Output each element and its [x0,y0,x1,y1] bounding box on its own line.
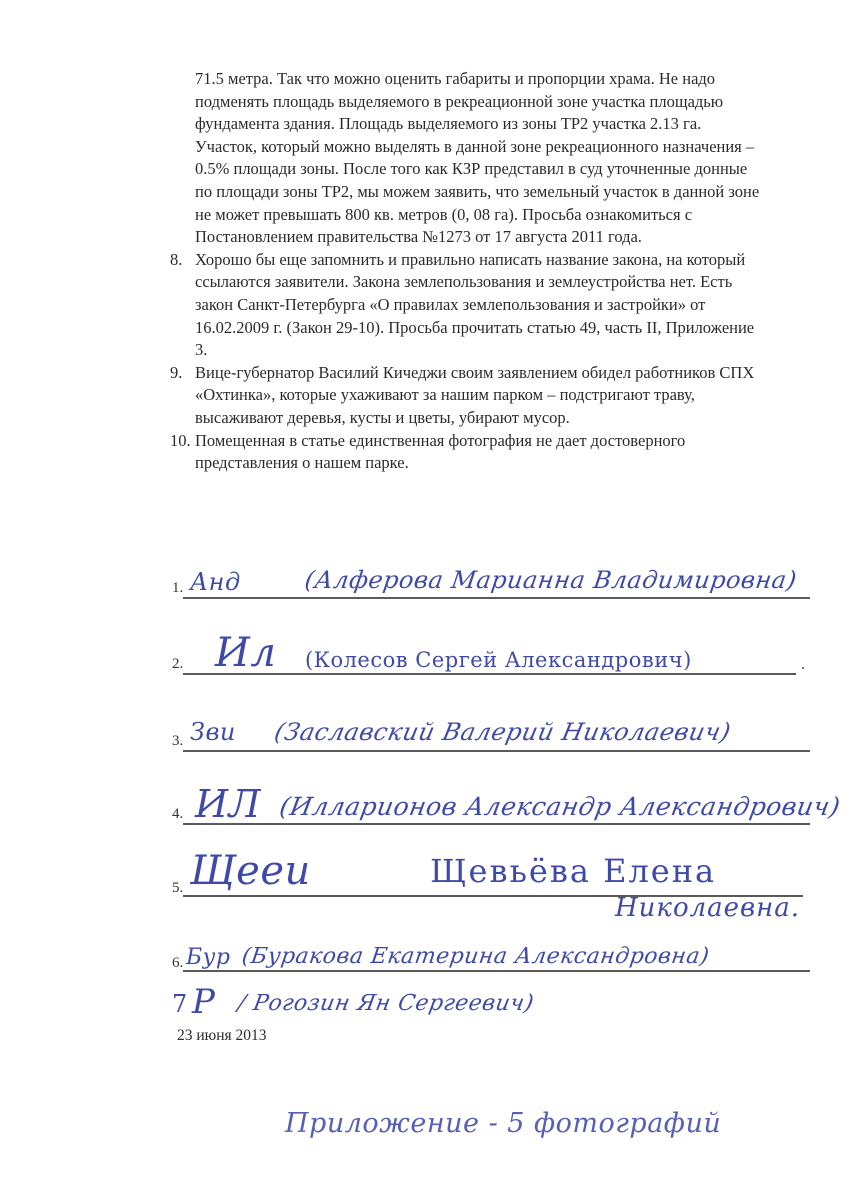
handwritten-signature: Р [192,982,215,1022]
text-line: Участок, который можно выделять в данной… [195,136,820,159]
text-line: фундамента здания. Площадь выделяемого и… [195,113,820,136]
signature-number: 1. [172,580,183,597]
text-line: по площади зоны ТР2, мы можем заявить, ч… [195,181,820,204]
text-line: Хорошо бы еще запомнить и правильно напи… [195,249,820,272]
text-line: Постановлением правительства №1273 от 17… [195,226,820,249]
signature-number: 6. [172,955,183,972]
text-line: Вице-губернатор Василий Кичеджи своим за… [195,362,820,385]
signature-number: 5. [172,880,183,897]
signature-line [183,597,810,599]
text-line: «Охтинка», которые ухаживают за нашим па… [195,384,820,407]
handwritten-signature: Бур [186,945,231,970]
text-line: представления о нашем парке. [195,452,820,475]
period-mark: . [801,656,805,674]
handwritten-name: Щевьёва Елена [430,852,716,890]
handwritten-signature: Анд [190,568,241,596]
signature-number: 3. [172,733,183,750]
document-body: 71.5 метра. Так что можно оценить габари… [170,68,820,475]
handwritten-name: (Илларионов Александр Александрович) [277,792,842,821]
text-line: закон Санкт-Петербурга «О правилах земле… [195,294,820,317]
handwritten-name: / Рогозин Ян Сергеевич) [236,991,536,1016]
list-number: 10. [170,430,191,453]
handwritten-name: (Заславский Валерий Николаевич) [272,718,733,746]
signature-line [183,970,810,972]
appendix-note: Приложение - 5 фотографий [285,1108,721,1139]
handwritten-signature: Зви [190,718,236,746]
signature-line [183,823,810,825]
handwritten-name-continued: Николаевна. [615,893,800,923]
handwritten-name: (Алферова Марианна Владимировна) [303,566,799,594]
signature-number: 2. [172,656,183,673]
handwritten-name: (Колесов Сергей Александрович) [305,648,692,672]
list-item-10: 10. Помещенная в статье единственная фот… [170,430,820,475]
list-item-9: 9. Вице-губернатор Василий Кичеджи своим… [170,362,820,430]
handwritten-name: (Буракова Екатерина Александровна) [240,944,711,969]
text-line: 71.5 метра. Так что можно оценить габари… [195,68,820,91]
list-number: 9. [170,362,182,385]
text-line: 0.5% площади зоны. После того как КЗР пр… [195,158,820,181]
text-line: 3. [195,339,820,362]
list-number: 8. [170,249,182,272]
document-date: 23 июня 2013 [177,1027,267,1045]
text-line: высаживают деревья, кусты и цветы, убира… [195,407,820,430]
signature-line [183,750,810,752]
handwritten-signature: Щееи [190,848,311,894]
text-line: ссылаются заявители. Закона землепользов… [195,271,820,294]
continuation-paragraph: 71.5 метра. Так что можно оценить габари… [170,68,820,249]
handwritten-signature: ИЛ [195,782,261,826]
list-item-8: 8. Хорошо бы еще запомнить и правильно н… [170,249,820,362]
signature-number: 4. [172,806,183,823]
handwritten-signature: Ил [215,630,276,676]
text-line: 16.02.2009 г. (Закон 29-10). Просьба про… [195,317,820,340]
text-line: Помещенная в статье единственная фотогра… [195,430,820,453]
text-line: подменять площадь выделяемого в рекреаци… [195,91,820,114]
signature-number: 7 [172,990,188,1018]
text-line: не может превышать 800 кв. метров (0, 08… [195,204,820,227]
